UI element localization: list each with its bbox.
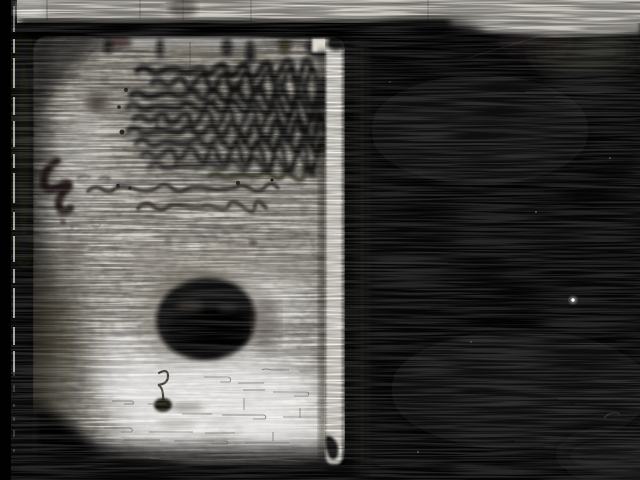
film-grain-overlay — [0, 0, 640, 480]
microfilm-frame: Microfilm frame — handwritten manuscript… — [0, 0, 640, 480]
film-left-edge — [0, 0, 11, 480]
microfilm-scan: Microfilm frame — handwritten manuscript… — [0, 0, 640, 480]
